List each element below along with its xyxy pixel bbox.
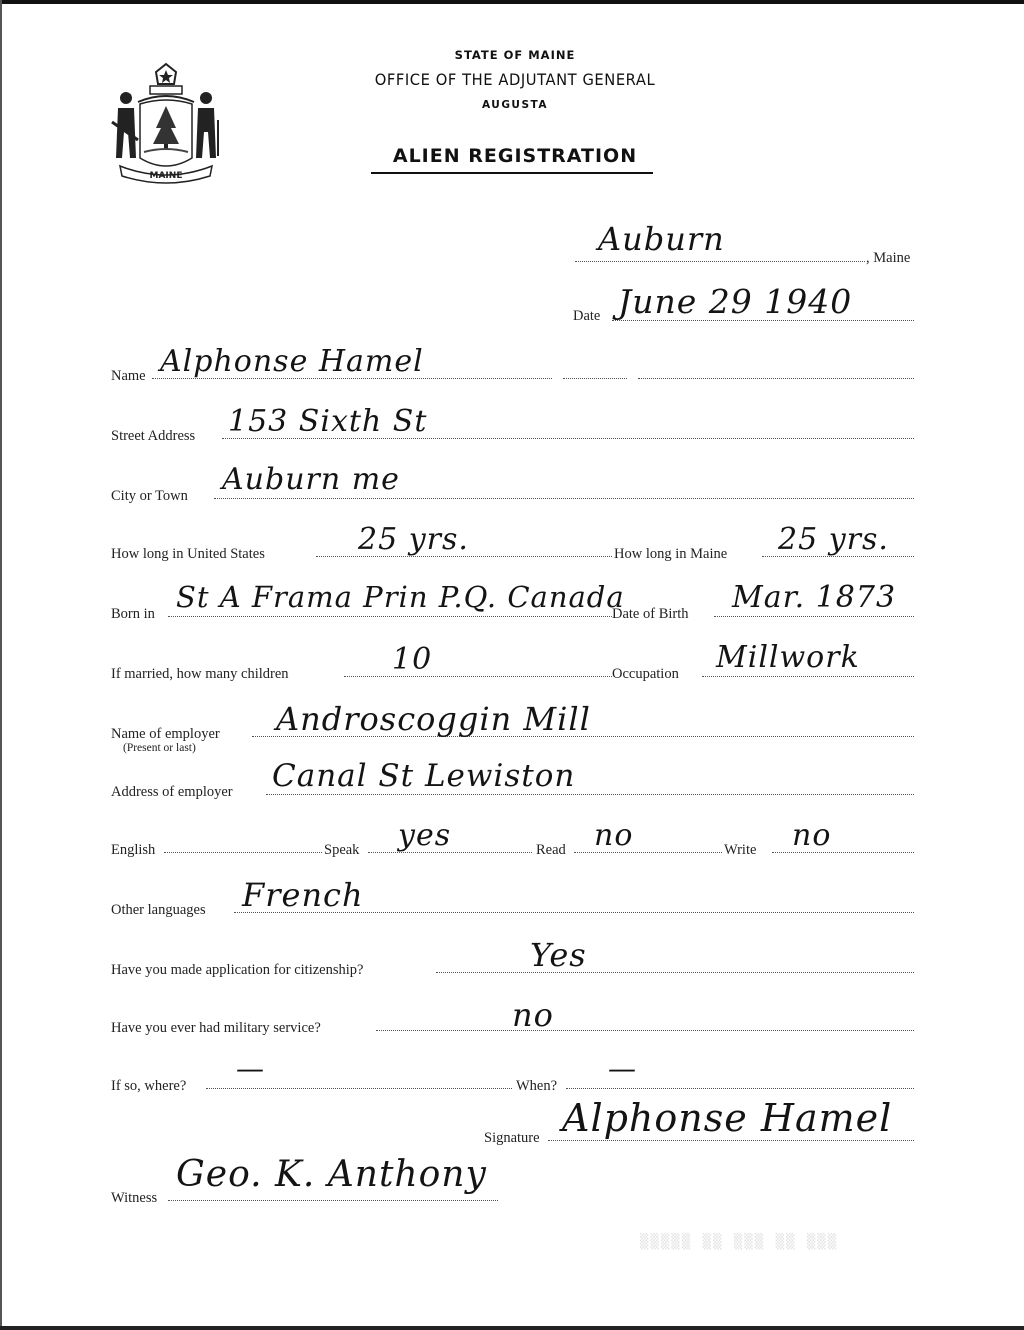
witness-label: Witness [111, 1190, 157, 1207]
citizenship-line [436, 972, 914, 973]
when-label: When? [516, 1078, 557, 1095]
date-of-birth-label: Date of Birth [612, 606, 689, 623]
name-line-last [638, 378, 914, 379]
employer-name-value: Androscoggin Mill [276, 700, 591, 738]
born-in-value: St A Frama Prin P.Q. Canada [176, 580, 625, 614]
english-line [164, 852, 322, 853]
date-label: Date [573, 308, 600, 325]
other-languages-label: Other languages [111, 902, 206, 919]
scan-left-edge [0, 0, 2, 1330]
employer-address-value: Canal St Lewiston [272, 758, 575, 794]
place-suffix: , Maine [866, 250, 910, 267]
maine-state-seal-icon: MAINE [110, 62, 222, 186]
children-value: 10 [392, 642, 432, 677]
header-state: STATE OF MAINE [300, 48, 730, 62]
street-address-value: 153 Sixth St [228, 404, 427, 439]
name-label: Name [111, 368, 146, 385]
employer-name-sublabel: (Present or last) [123, 742, 196, 754]
place-line [575, 261, 865, 262]
signature-value: Alphonse Hamel [562, 1096, 892, 1140]
name-line-middle [563, 378, 627, 379]
military-label: Have you ever had military service? [111, 1020, 321, 1037]
place-value: Auburn [598, 220, 725, 258]
citizenship-value: Yes [530, 936, 587, 974]
street-address-label: Street Address [111, 428, 195, 445]
header-city: AUGUSTA [300, 99, 730, 111]
children-label: If married, how many children [111, 666, 289, 683]
how-long-maine-value: 25 yrs. [778, 522, 889, 557]
name-value: Alphonse Hamel [160, 344, 424, 379]
citizenship-label: Have you made application for citizenshi… [111, 962, 363, 979]
witness-value: Geo. K. Anthony [176, 1154, 487, 1195]
when-value: — [608, 1052, 637, 1085]
how-long-us-value: 25 yrs. [358, 522, 469, 557]
city-value: Auburn me [222, 462, 400, 497]
write-label: Write [724, 842, 756, 859]
date-of-birth-line [714, 616, 914, 617]
read-value: no [594, 818, 633, 853]
title-underline [371, 172, 653, 174]
speak-value: yes [398, 818, 451, 853]
signature-line [548, 1140, 914, 1141]
other-languages-value: French [242, 876, 364, 914]
form-title: ALIEN REGISTRATION [300, 145, 730, 167]
svg-text:MAINE: MAINE [150, 171, 183, 181]
date-value: June 29 1940 [618, 282, 852, 321]
occupation-line [702, 676, 914, 677]
scan-bottom-border [0, 1326, 1024, 1330]
date-of-birth-value: Mar. 1873 [732, 580, 896, 615]
city-line [214, 498, 914, 499]
military-line [376, 1030, 914, 1031]
signature-label: Signature [484, 1130, 540, 1147]
english-label: English [111, 842, 155, 859]
employer-address-label: Address of employer [111, 784, 233, 801]
city-label: City or Town [111, 488, 188, 505]
children-line [344, 676, 612, 677]
header-office: OFFICE OF THE ADJUTANT GENERAL [317, 70, 713, 89]
how-long-maine-label: How long in Maine [614, 546, 727, 563]
read-label: Read [536, 842, 566, 859]
military-value: no [512, 996, 554, 1034]
born-in-label: Born in [111, 606, 155, 623]
when-line [566, 1088, 914, 1089]
where-line [206, 1088, 512, 1089]
employer-name-label: Name of employer [111, 726, 220, 743]
faint-received-stamp: ▒▒▒▒▒ ▒▒ ▒▒▒ ▒▒ ▒▒▒ [640, 1234, 838, 1250]
born-in-line [168, 616, 612, 617]
write-value: no [792, 818, 831, 853]
occupation-label: Occupation [612, 666, 679, 683]
employer-address-line [266, 794, 914, 795]
where-value: — [236, 1052, 265, 1085]
speak-label: Speak [324, 842, 359, 859]
how-long-us-label: How long in United States [111, 546, 265, 563]
occupation-value: Millwork [716, 640, 860, 675]
where-label: If so, where? [111, 1078, 186, 1095]
witness-line [168, 1200, 498, 1201]
scan-top-border [0, 0, 1024, 4]
